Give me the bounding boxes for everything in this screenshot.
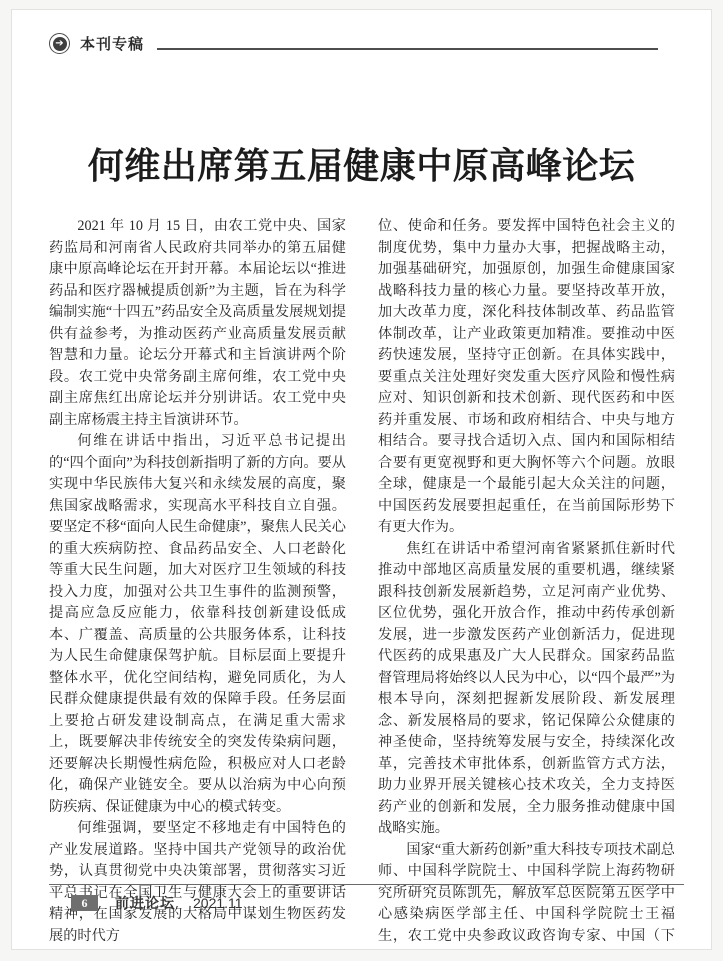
left-column: 2021 年 10 月 15 日，由农工党中央、国家药监局和河南省人民政府共同举… <box>49 216 346 950</box>
article-paragraph: 位、使命和任务。要发挥中国特色社会主义的制度优势，集中力量办大事，把握战略主动，… <box>378 216 675 539</box>
header-rule <box>157 48 658 50</box>
section-label: 本刊专稿 <box>80 33 144 54</box>
article-paragraph: 焦红在讲话中希望河南省紧紧抓住新时代推动中部地区高质量发展的重要机遇，继续紧跟科… <box>378 539 675 840</box>
article-title: 何维出席第五届健康中原高峰论坛 <box>12 138 711 189</box>
article-paragraph: 何维强调，要坚定不移地走有中国特色的产业发展道路。坚持中国共产党领导的政治优势，… <box>49 818 346 947</box>
page-number-badge: 6 <box>71 895 98 911</box>
journal-issue: 2021.11 <box>193 895 243 911</box>
page-header: ➔ 本刊专稿 <box>49 33 666 54</box>
magazine-page: ➔ 本刊专稿 何维出席第五届健康中原高峰论坛 2021 年 10 月 15 日，… <box>11 9 712 950</box>
journal-name: 前进论坛 <box>115 893 175 913</box>
page-footer: 6 前进论坛 2021.11 <box>71 893 243 913</box>
article-paragraph: 2021 年 10 月 15 日，由农工党中央、国家药监局和河南省人民政府共同举… <box>49 216 346 431</box>
article-body: 2021 年 10 月 15 日，由农工党中央、国家药监局和河南省人民政府共同举… <box>49 216 674 950</box>
article-paragraph: 何维在讲话中指出，习近平总书记提出的“四个面向”为科技创新指明了新的方向。要从实… <box>49 431 346 818</box>
arrow-circle-icon: ➔ <box>49 33 70 54</box>
right-column: 位、使命和任务。要发挥中国特色社会主义的制度优势，集中力量办大事，把握战略主动，… <box>378 216 675 950</box>
article-paragraph: 国家“重大新药创新”重大科技专项技术副总师、中国科学院院士、中国科学院上海药物研… <box>378 840 675 951</box>
footer-rule <box>49 884 684 885</box>
